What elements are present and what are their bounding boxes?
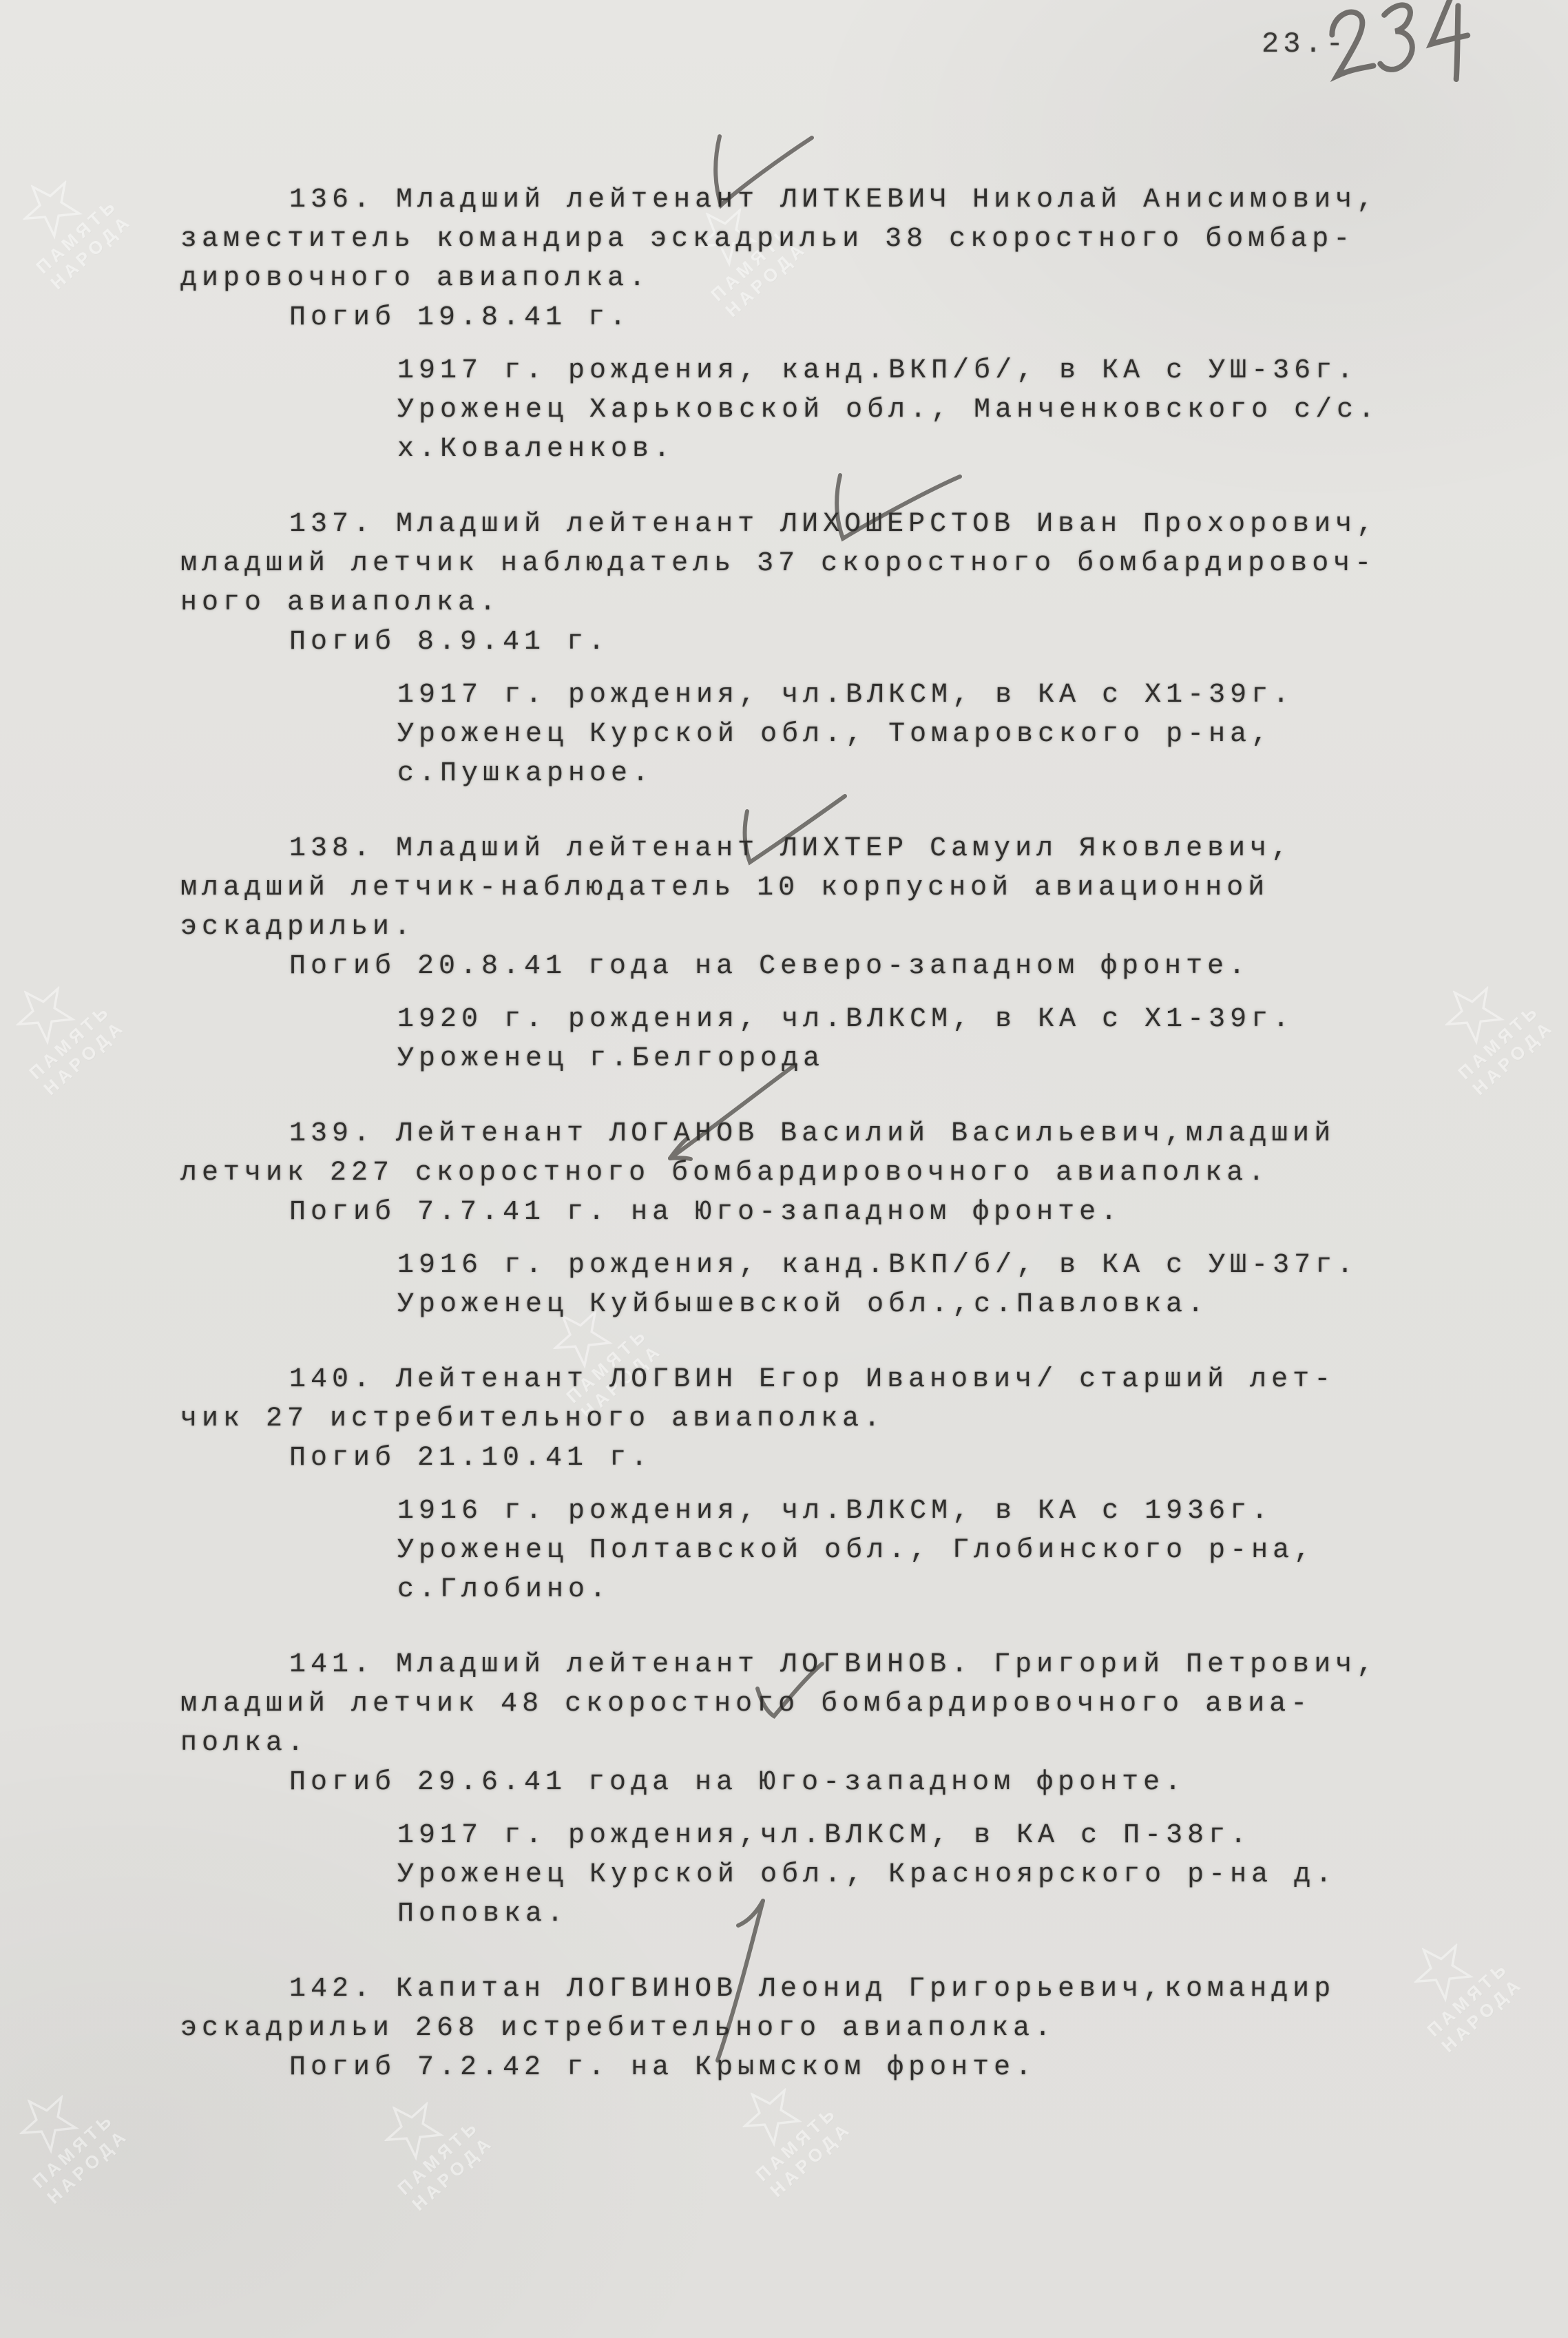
entry-detail-line: Поповка. bbox=[397, 1895, 1568, 1934]
entry-death-line: Погиб 7.7.41 г. на Юго-западном фронте. bbox=[180, 1193, 1568, 1232]
entry-details: 1916 г. рождения, канд.ВКП/б/, в КА с УШ… bbox=[397, 1246, 1568, 1324]
entry-detail-line: с.Пушкарное. bbox=[397, 754, 1568, 793]
entry-head-line: младший летчик 48 скоростного бомбардиро… bbox=[180, 1684, 1568, 1724]
entry: 138. Младший лейтенант ЛИХТЕР Самуил Яко… bbox=[180, 829, 1568, 1078]
entry-death-line: Погиб 20.8.41 года на Северо-западном фр… bbox=[180, 947, 1568, 986]
watermark-text: НАРОДА bbox=[408, 2131, 498, 2215]
entry-detail-line: Уроженец г.Белгорода bbox=[397, 1039, 1568, 1078]
entry-death-line: Погиб 21.10.41 г. bbox=[180, 1439, 1568, 1478]
entry-head-line: эскадрильи. bbox=[180, 908, 1568, 947]
entry-detail-line: 1916 г. рождения, чл.ВЛКСМ, в КА с 1936г… bbox=[397, 1492, 1568, 1531]
entry: 142. Капитан ЛОГВИНОВ Леонид Григорьевич… bbox=[180, 1970, 1568, 2087]
watermark-text: НАРОДА bbox=[766, 2118, 856, 2202]
document-page: ПАМЯТЬ НАРОДА ПАМЯТЬ НАРОДА ПАМЯТЬ НАРОД… bbox=[0, 0, 1568, 2338]
entry-head-line: младший летчик наблюдатель 37 скоростног… bbox=[180, 544, 1568, 583]
entry-detail-line: Уроженец Курской обл., Томаровского р-на… bbox=[397, 715, 1568, 754]
entry-detail-line: 1917 г. рождения, чл.ВЛКСМ, в КА с Х1-39… bbox=[397, 676, 1568, 715]
entry-detail-line: Уроженец Куйбышевской обл.,с.Павловка. bbox=[397, 1285, 1568, 1324]
entry-detail-line: Уроженец Харьковской обл., Манченковског… bbox=[397, 390, 1568, 430]
entry-detail-line: 1916 г. рождения, канд.ВКП/б/, в КА с УШ… bbox=[397, 1246, 1568, 1285]
watermark: ПАМЯТЬ НАРОДА bbox=[355, 2072, 498, 2215]
entry-details: 1916 г. рождения, чл.ВЛКСМ, в КА с 1936г… bbox=[397, 1492, 1568, 1609]
entry-death-line: Погиб 19.8.41 г. bbox=[180, 298, 1568, 337]
entry-detail-line: Уроженец Курской обл., Красноярского р-н… bbox=[397, 1855, 1568, 1895]
entry-head-line: 142. Капитан ЛОГВИНОВ Леонид Григорьевич… bbox=[180, 1970, 1568, 2009]
entry-head-line: эскадрильи 268 истребительного авиаполка… bbox=[180, 2009, 1568, 2048]
entry-detail-line: с.Глобино. bbox=[397, 1570, 1568, 1609]
entry-head-line: ного авиаполка. bbox=[180, 583, 1568, 623]
entry: 141. Младший лейтенант ЛОГВИНОВ. Григори… bbox=[180, 1645, 1568, 1934]
entry-head-line: 136. Младший лейтенант ЛИТКЕВИЧ Николай … bbox=[180, 180, 1568, 220]
entry-head-line: дировочного авиаполка. bbox=[180, 259, 1568, 298]
watermark-text: НАРОДА bbox=[43, 2125, 133, 2209]
watermark-text: ПАМЯТЬ bbox=[28, 2109, 118, 2193]
entries-section: 136. Младший лейтенант ЛИТКЕВИЧ Николай … bbox=[0, 180, 1568, 2087]
entry: 137. Младший лейтенант ЛИХОШЕРСТОВ Иван … bbox=[180, 505, 1568, 793]
entry-details: 1917 г. рождения,чл.ВЛКСМ, в КА с П-38г.… bbox=[397, 1816, 1568, 1934]
entry-head-line: полка. bbox=[180, 1724, 1568, 1763]
handwritten-page-number bbox=[1317, 0, 1483, 103]
entry-detail-line: 1917 г. рождения,чл.ВЛКСМ, в КА с П-38г. bbox=[397, 1816, 1568, 1855]
entry: 136. Младший лейтенант ЛИТКЕВИЧ Николай … bbox=[180, 180, 1568, 469]
entry-detail-line: х.Коваленков. bbox=[397, 430, 1568, 469]
entry-death-line: Погиб 29.6.41 года на Юго-западном фронт… bbox=[180, 1763, 1568, 1802]
handwritten-234-icon bbox=[1317, 0, 1483, 103]
star-watermark-icon bbox=[371, 2087, 453, 2169]
entry-head-line: 139. Лейтенант ЛОГАНОВ Василий Васильеви… bbox=[180, 1114, 1568, 1154]
entry-detail-line: Уроженец Полтавской обл., Глобинского р-… bbox=[397, 1531, 1568, 1570]
entry-head-line: младший летчик-наблюдатель 10 корпусной … bbox=[180, 868, 1568, 908]
entry-death-line: Погиб 8.9.41 г. bbox=[180, 623, 1568, 662]
star-watermark-icon bbox=[6, 2080, 88, 2162]
entry-details: 1917 г. рождения, чл.ВЛКСМ, в КА с Х1-39… bbox=[397, 676, 1568, 793]
watermark-text: ПАМЯТЬ bbox=[751, 2102, 842, 2186]
entry: 140. Лейтенант ЛОГВИН Егор Иванович/ ста… bbox=[180, 1360, 1568, 1609]
entry-head-line: заместитель командира эскадрильи 38 скор… bbox=[180, 220, 1568, 259]
entry-head-line: 140. Лейтенант ЛОГВИН Егор Иванович/ ста… bbox=[180, 1360, 1568, 1399]
entry-head-line: чик 27 истребительного авиаполка. bbox=[180, 1399, 1568, 1439]
entry-detail-line: 1920 г. рождения, чл.ВЛКСМ, в КА с Х1-39… bbox=[397, 1000, 1568, 1039]
entry-detail-line: 1917 г. рождения, канд.ВКП/б/, в КА с УШ… bbox=[397, 351, 1568, 390]
watermark-text: ПАМЯТЬ bbox=[393, 2116, 483, 2200]
entry: 139. Лейтенант ЛОГАНОВ Василий Васильеви… bbox=[180, 1114, 1568, 1324]
entry-head-line: летчик 227 скоростного бомбардировочного… bbox=[180, 1154, 1568, 1193]
entry-death-line: Погиб 7.2.42 г. на Крымском фронте. bbox=[180, 2048, 1568, 2087]
entry-head-line: 137. Младший лейтенант ЛИХОШЕРСТОВ Иван … bbox=[180, 505, 1568, 544]
entry-details: 1917 г. рождения, канд.ВКП/б/, в КА с УШ… bbox=[397, 351, 1568, 469]
entry-head-line: 141. Младший лейтенант ЛОГВИНОВ. Григори… bbox=[180, 1645, 1568, 1684]
entry-head-line: 138. Младший лейтенант ЛИХТЕР Самуил Яко… bbox=[180, 829, 1568, 868]
entry-details: 1920 г. рождения, чл.ВЛКСМ, в КА с Х1-39… bbox=[397, 1000, 1568, 1078]
